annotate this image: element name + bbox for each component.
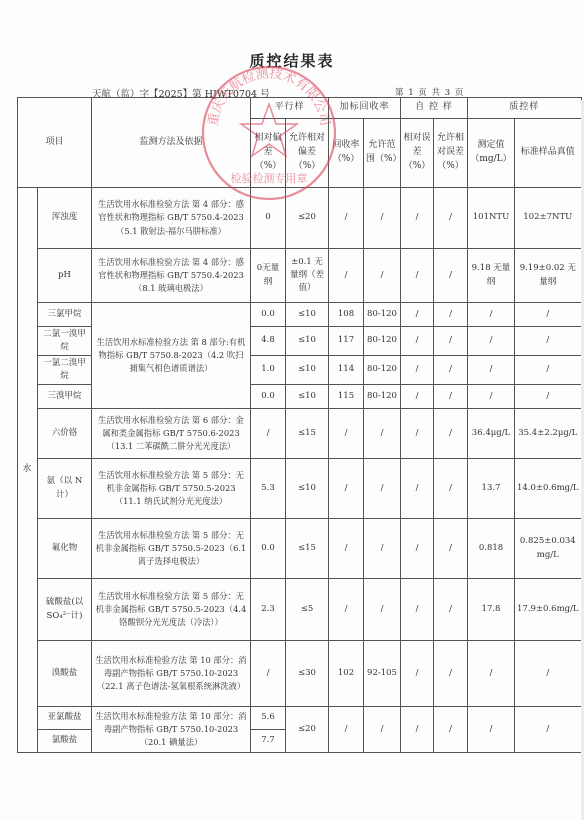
- rel-err-cell: /: [401, 249, 434, 303]
- measured-cell: 17.8: [468, 579, 515, 641]
- allow-rel-err-cell: /: [434, 707, 468, 753]
- item-cell: 三溴甲烷: [38, 385, 92, 409]
- table-row: 氨（以 N 计） 生活饮用水标准检验方法 第 5 部分：无机非金属指标 GB/T…: [18, 459, 582, 519]
- allow-rel-dev-cell: ≤30: [286, 641, 329, 707]
- recovery-cell: /: [329, 519, 364, 579]
- rel-err-cell: /: [401, 459, 434, 519]
- allow-rel-dev-cell: ≤10: [286, 327, 329, 356]
- rel-err-cell: /: [401, 641, 434, 707]
- rel-dev-cell: 1.0: [251, 356, 286, 385]
- allow-range-cell: 92-105: [364, 641, 401, 707]
- allow-rel-err-cell: /: [434, 409, 468, 459]
- rel-dev-cell: 4.8: [251, 327, 286, 356]
- header-group-parallel: 平行样: [251, 98, 329, 119]
- method-cell: 生活饮用水标准检验方法 第 4 部分：感官性状和物理指标 GB/T 5750.4…: [92, 188, 251, 249]
- rel-dev-cell: 0.0: [251, 303, 286, 327]
- rel-err-cell: /: [401, 356, 434, 385]
- allow-rel-err-cell: /: [434, 385, 468, 409]
- true-value-cell: 0.825±0.034 mg/L: [515, 519, 582, 579]
- rel-err-cell: /: [401, 409, 434, 459]
- table-row: 六价铬 生活饮用水标准检验方法 第 6 部分：金属和类金属指标 GB/T 575…: [18, 409, 582, 459]
- allow-rel-dev-cell: ≤20: [286, 188, 329, 249]
- true-value-cell: 17.9±0.6mg/L: [515, 579, 582, 641]
- header-measured: 测定值（mg/L）: [468, 119, 515, 188]
- allow-rel-dev-cell: ≤5: [286, 579, 329, 641]
- allow-range-cell: 80-120: [364, 327, 401, 356]
- rel-dev-cell: 5.6: [251, 707, 286, 730]
- allow-range-cell: /: [364, 249, 401, 303]
- allow-range-cell: /: [364, 579, 401, 641]
- header-allow-range: 允许范围（%）: [364, 119, 401, 188]
- rel-dev-cell: 0.0: [251, 385, 286, 409]
- recovery-cell: 108: [329, 303, 364, 327]
- recovery-cell: /: [329, 707, 364, 753]
- allow-rel-dev-cell: ≤15: [286, 519, 329, 579]
- item-cell: 氯酸盐: [38, 730, 92, 753]
- method-cell: 生活饮用水标准检验方法 第 6 部分：金属和类金属指标 GB/T 5750.6-…: [92, 409, 251, 459]
- allow-rel-err-cell: /: [434, 188, 468, 249]
- item-cell: 氟化物: [38, 519, 92, 579]
- recovery-cell: /: [329, 459, 364, 519]
- allow-range-cell: /: [364, 707, 401, 753]
- recovery-cell: /: [329, 188, 364, 249]
- allow-range-cell: 80-120: [364, 303, 401, 327]
- method-cell: 生活饮用水标准检验方法 第 4 部分：感官性状和物理指标 GB/T 5750.4…: [92, 249, 251, 303]
- item-cell: 二氯一溴甲烷: [38, 327, 92, 356]
- table-row: 氟化物 生活饮用水标准检验方法 第 5 部分：无机非金属指标 GB/T 5750…: [18, 519, 582, 579]
- measured-cell: 13.7: [468, 459, 515, 519]
- true-value-cell: 102±7NTU: [515, 188, 582, 249]
- measured-cell: 36.4μg/L: [468, 409, 515, 459]
- header-group-qc: 质控样: [468, 98, 582, 119]
- rel-err-cell: /: [401, 707, 434, 753]
- rel-dev-cell: 0.0: [251, 519, 286, 579]
- allow-rel-err-cell: /: [434, 303, 468, 327]
- rel-err-cell: /: [401, 327, 434, 356]
- method-cell: 生活饮用水标准检验方法 第 8 部分:有机物指标 GB/T 5750.8-202…: [92, 303, 251, 409]
- header-group-self: 自 控 样: [401, 98, 468, 119]
- rel-err-cell: /: [401, 188, 434, 249]
- allow-rel-dev-cell: ≤10: [286, 385, 329, 409]
- header-true-value: 标准样品真值: [515, 119, 582, 188]
- rel-err-cell: /: [401, 385, 434, 409]
- measured-cell: 101NTU: [468, 188, 515, 249]
- allow-rel-err-cell: /: [434, 459, 468, 519]
- header-group-spike: 加标回收率: [329, 98, 401, 119]
- header-rel-err: 相对误差（%）: [401, 119, 434, 188]
- table-row: 溴酸盐 生活饮用水标准检验方法 第 10 部分：消毒副产物指标 GB/T 575…: [18, 641, 582, 707]
- allow-rel-dev-cell: ≤10: [286, 303, 329, 327]
- rel-dev-cell: 0无量纲: [251, 249, 286, 303]
- item-cell: 亚氯酸盐: [38, 707, 92, 730]
- table-row: 三氯甲烷 生活饮用水标准检验方法 第 8 部分:有机物指标 GB/T 5750.…: [18, 303, 582, 327]
- rel-dev-cell: /: [251, 409, 286, 459]
- qc-results-table: 项目 监测方法及依据 平行样 加标回收率 自 控 样 质控样 相对偏差（%） 允…: [17, 97, 582, 753]
- rel-dev-cell: 7.7: [251, 730, 286, 753]
- item-cell: pH: [38, 249, 92, 303]
- measured-cell: /: [468, 327, 515, 356]
- item-cell: 氨（以 N 计）: [38, 459, 92, 519]
- table-row: 水 浑浊度 生活饮用水标准检验方法 第 4 部分：感官性状和物理指标 GB/T …: [18, 188, 582, 249]
- true-value-cell: /: [515, 385, 582, 409]
- true-value-cell: 35.4±2.2μg/L: [515, 409, 582, 459]
- allow-range-cell: /: [364, 409, 401, 459]
- header-recovery: 回收率（%）: [329, 119, 364, 188]
- allow-rel-dev-cell: ±0.1 无量纲（差值）: [286, 249, 329, 303]
- true-value-cell: /: [515, 707, 582, 753]
- recovery-cell: /: [329, 249, 364, 303]
- rel-err-cell: /: [401, 579, 434, 641]
- header-method: 监测方法及依据: [92, 98, 251, 188]
- table-row: 亚氯酸盐 生活饮用水标准检验方法 第 10 部分：消毒副产物指标 GB/T 57…: [18, 707, 582, 730]
- true-value-cell: /: [515, 356, 582, 385]
- method-cell: 生活饮用水标准检验方法 第 5 部分：无机非金属指标 GB/T 5750.5-2…: [92, 519, 251, 579]
- allow-range-cell: 80-120: [364, 385, 401, 409]
- rel-dev-cell: 5.3: [251, 459, 286, 519]
- header-allow-rel-err: 允许相对误差（%）: [434, 119, 468, 188]
- recovery-cell: /: [329, 579, 364, 641]
- allow-range-cell: 80-120: [364, 356, 401, 385]
- measured-cell: /: [468, 385, 515, 409]
- measured-cell: 9.18 无量纲: [468, 249, 515, 303]
- item-cell: 溴酸盐: [38, 641, 92, 707]
- table-row: 硫酸盐(以 SO₄²⁻计) 生活饮用水标准检验方法 第 5 部分：无机非金属指标…: [18, 579, 582, 641]
- rel-dev-cell: /: [251, 641, 286, 707]
- rel-err-cell: /: [401, 519, 434, 579]
- measured-cell: /: [468, 303, 515, 327]
- allow-rel-err-cell: /: [434, 249, 468, 303]
- recovery-cell: 117: [329, 327, 364, 356]
- header-allow-rel-dev: 允许相对偏差（%）: [286, 119, 329, 188]
- rel-dev-cell: 0: [251, 188, 286, 249]
- item-cell: 浑浊度: [38, 188, 92, 249]
- recovery-cell: /: [329, 409, 364, 459]
- allow-rel-err-cell: /: [434, 356, 468, 385]
- measured-cell: /: [468, 356, 515, 385]
- true-value-cell: /: [515, 303, 582, 327]
- allow-rel-err-cell: /: [434, 641, 468, 707]
- table-row: pH 生活饮用水标准检验方法 第 4 部分：感官性状和物理指标 GB/T 575…: [18, 249, 582, 303]
- measured-cell: /: [468, 641, 515, 707]
- measured-cell: /: [468, 707, 515, 753]
- method-cell: 生活饮用水标准检验方法 第 10 部分：消毒副产物指标 GB/T 5750.10…: [92, 707, 251, 753]
- allow-rel-err-cell: /: [434, 519, 468, 579]
- category-cell: 水: [18, 188, 38, 753]
- true-value-cell: 9.19±0.02 无量纲: [515, 249, 582, 303]
- method-cell: 生活饮用水标准检验方法 第 5 部分：无机非金属指标 GB/T 5750.5-2…: [92, 459, 251, 519]
- method-cell: 生活饮用水标准检验方法 第 10 部分：消毒副产物指标 GB/T 5750.10…: [92, 641, 251, 707]
- item-cell: 一氯二溴甲烷: [38, 356, 92, 385]
- header-rel-dev: 相对偏差（%）: [251, 119, 286, 188]
- true-value-cell: 14.0±0.6mg/L: [515, 459, 582, 519]
- item-cell: 硫酸盐(以 SO₄²⁻计): [38, 579, 92, 641]
- allow-rel-dev-cell: ≤20: [286, 707, 329, 753]
- allow-rel-dev-cell: ≤15: [286, 409, 329, 459]
- allow-rel-dev-cell: ≤10: [286, 459, 329, 519]
- header-item: 项目: [18, 98, 92, 188]
- method-cell: 生活饮用水标准检验方法 第 5 部分：无机非金属指标 GB/T 5750.5-2…: [92, 579, 251, 641]
- allow-range-cell: /: [364, 188, 401, 249]
- allow-rel-dev-cell: ≤10: [286, 356, 329, 385]
- allow-range-cell: /: [364, 519, 401, 579]
- page-title: 质控结果表: [0, 50, 584, 71]
- rel-dev-cell: 2.3: [251, 579, 286, 641]
- recovery-cell: 114: [329, 356, 364, 385]
- allow-rel-err-cell: /: [434, 579, 468, 641]
- true-value-cell: /: [515, 327, 582, 356]
- true-value-cell: /: [515, 641, 582, 707]
- rel-err-cell: /: [401, 303, 434, 327]
- recovery-cell: 102: [329, 641, 364, 707]
- item-cell: 六价铬: [38, 409, 92, 459]
- recovery-cell: 115: [329, 385, 364, 409]
- allow-rel-err-cell: /: [434, 327, 468, 356]
- allow-range-cell: /: [364, 459, 401, 519]
- item-cell: 三氯甲烷: [38, 303, 92, 327]
- measured-cell: 0.818: [468, 519, 515, 579]
